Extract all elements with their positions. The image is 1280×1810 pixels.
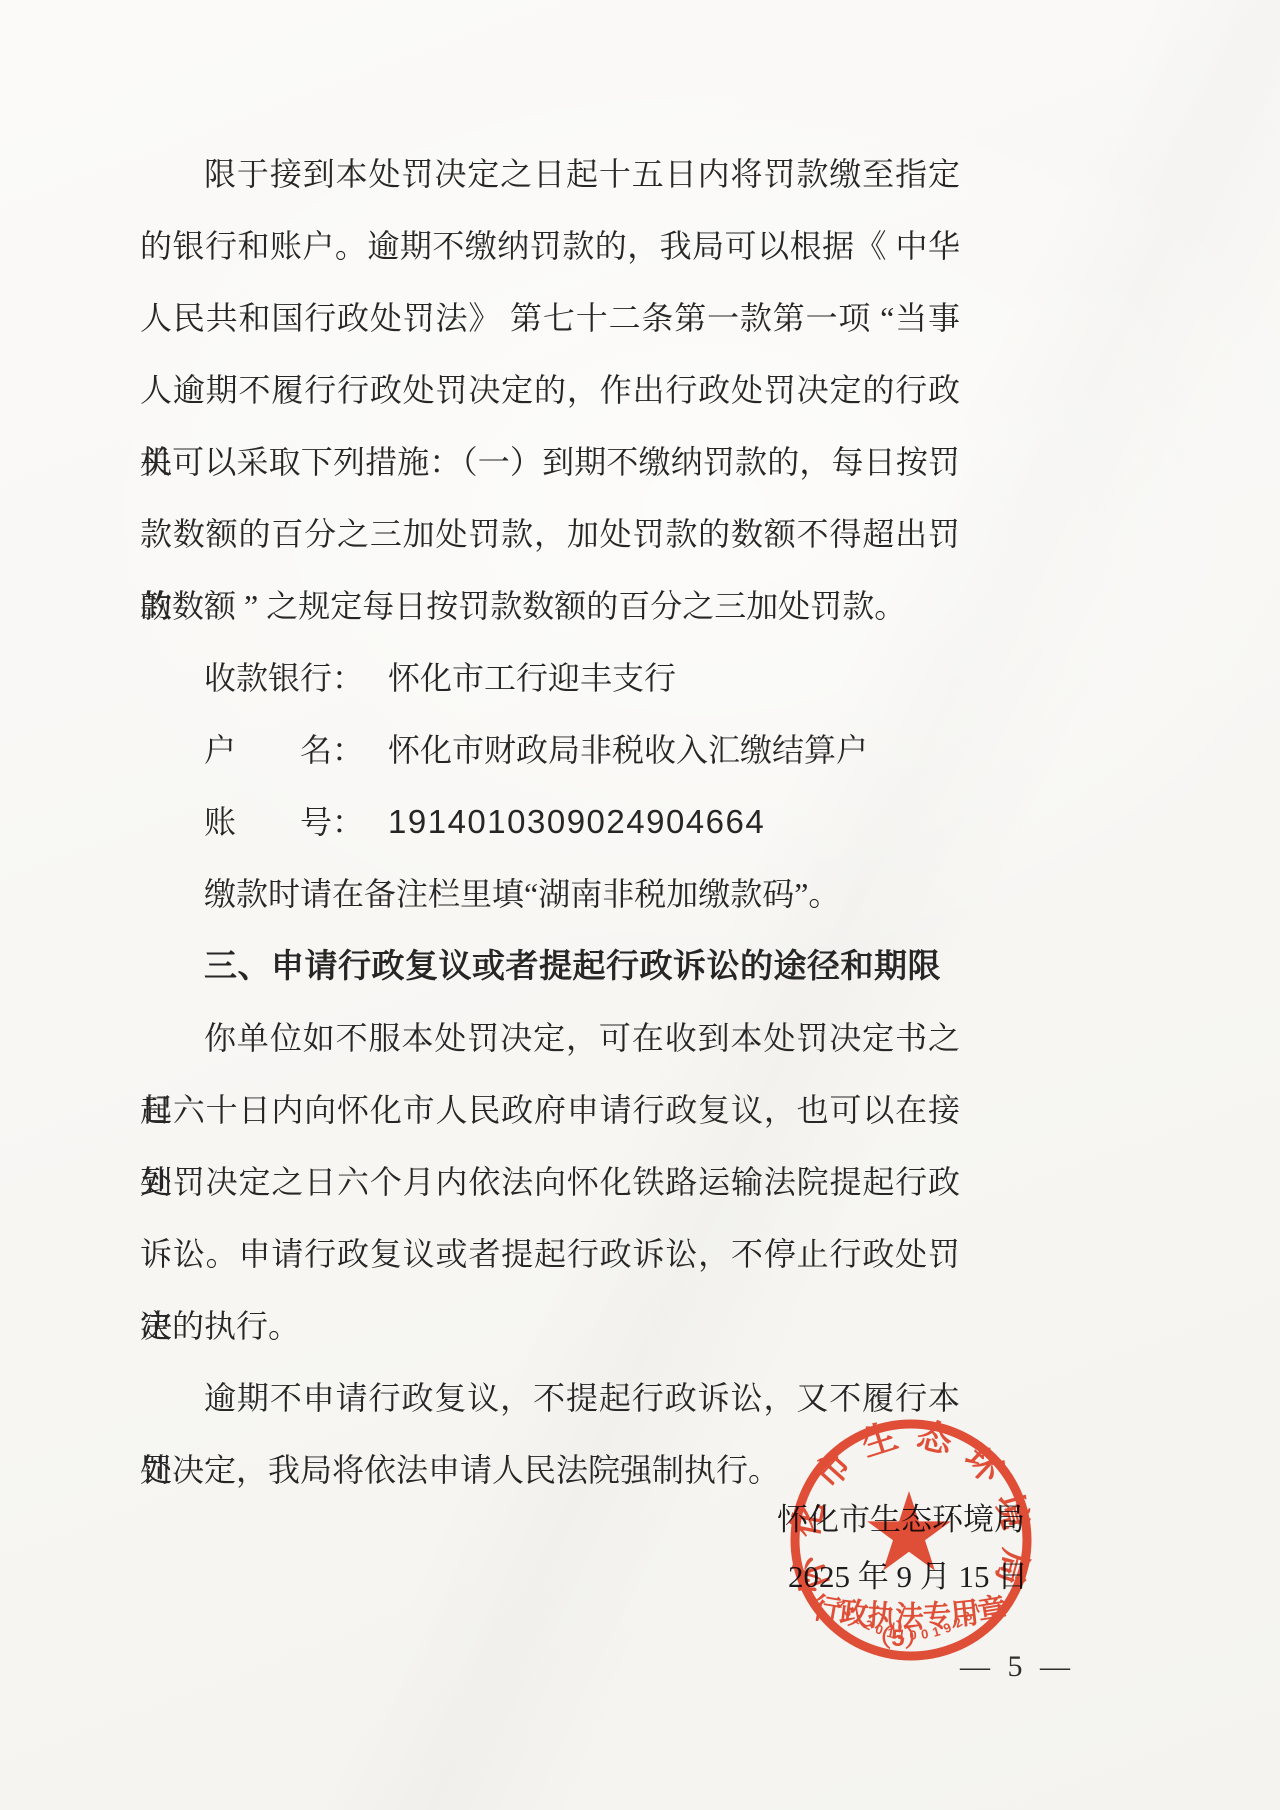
body-line: 你单位如不服本处罚决定，可在收到本处罚决定书之日 xyxy=(140,1002,960,1074)
body-line: 定的执行。 xyxy=(140,1290,960,1362)
body-line: 的数额 ” 之规定每日按罚款数额的百分之三加处罚款。 xyxy=(140,570,960,642)
body-line: 人民共和国行政处罚法》 第七十二条第一款第一项 “当事 xyxy=(140,282,960,354)
bank-name-label: 收款银行： xyxy=(204,660,364,696)
bank-row: 户 名：怀化市财政局非税收入汇缴结算户 xyxy=(140,714,960,786)
body-line: 诉讼。申请行政复议或者提起行政诉讼，不停止行政处罚决 xyxy=(140,1218,960,1290)
body-line: 起六十日内向怀化市人民政府申请行政复议，也可以在接到 xyxy=(140,1074,960,1146)
body-line: 款数额的百分之三加处罚款，加处罚款的数额不得超出罚款 xyxy=(140,498,960,570)
official-seal: 怀化市生态环境局 行政执法专用章 （5） 43120110019287 xyxy=(786,1415,1036,1665)
signature-date: 2025 年 9 月 15 日 xyxy=(788,1557,1028,1597)
document-page: 限于接到本处罚决定之日起十五日内将罚款缴至指定 的银行和账户。逾期不缴纳罚款的，… xyxy=(0,0,1280,1810)
signature-agency: 怀化市生态环境局 xyxy=(777,1500,1025,1540)
account-name-label: 户 名： xyxy=(204,732,364,768)
bank-name-value: 怀化市工行迎丰支行 xyxy=(388,660,676,696)
body-line: 关可以采取下列措施：（一）到期不缴纳罚款的，每日按罚 xyxy=(140,426,960,498)
body-line: 的银行和账户。逾期不缴纳罚款的，我局可以根据《 中华 xyxy=(140,210,960,282)
section-heading: 三、申请行政复议或者提起行政诉讼的途径和期限 xyxy=(140,930,960,1002)
body-line: 限于接到本处罚决定之日起十五日内将罚款缴至指定 xyxy=(140,138,960,210)
account-number-label: 账 号： xyxy=(204,804,364,840)
account-number-value: 1914010309024904664 xyxy=(388,803,765,840)
remittance-note: 缴款时请在备注栏里填“湖南非税加缴款码”。 xyxy=(140,858,960,930)
bank-row: 账 号：1914010309024904664 xyxy=(140,786,960,858)
body-line: 人逾期不履行行政处罚决定的，作出行政处罚决定的行政机 xyxy=(140,354,960,426)
document-body: 限于接到本处罚决定之日起十五日内将罚款缴至指定 的银行和账户。逾期不缴纳罚款的，… xyxy=(140,138,960,1506)
body-line: 处罚决定之日六个月内依法向怀化铁路运输法院提起行政 xyxy=(140,1146,960,1218)
account-name-value: 怀化市财政局非税收入汇缴结算户 xyxy=(388,732,868,768)
bank-row: 收款银行：怀化市工行迎丰支行 xyxy=(140,642,960,714)
